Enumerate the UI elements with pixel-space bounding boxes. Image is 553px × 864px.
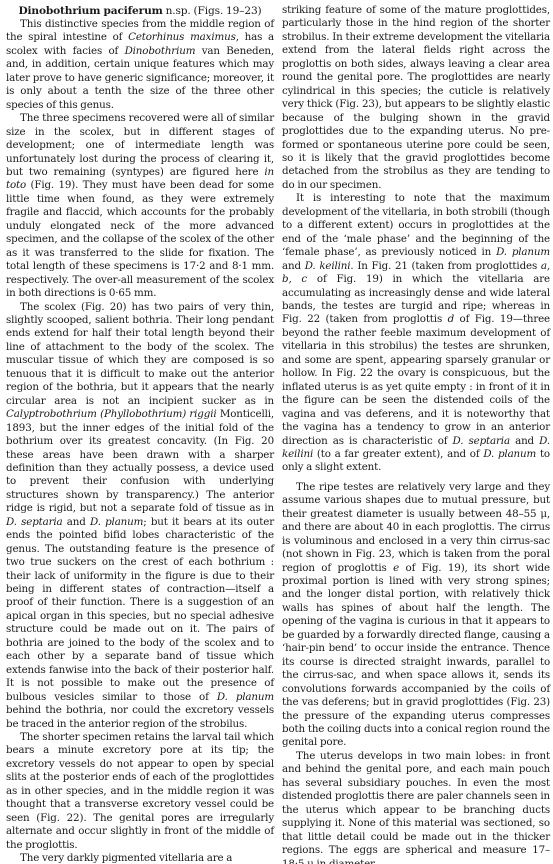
text-run: (Fig. 19). They must have been dead for … [6,179,274,299]
paragraph-vitellaria-cont: striking feature of some of the mature p… [282,4,550,192]
paragraph-scolex: The scolex (Fig. 20) has two pairs of ve… [6,301,274,732]
species-figs-ref: n.sp. (Figs. 19–23) [163,5,262,17]
taxon-name: Cetorhinus maximus [128,31,236,43]
text-run: of Fig. 19—three beyond the rather feebl… [282,313,550,446]
text-run: of Fig. 19), its short wide proximal por… [282,562,550,749]
text-run: The shorter specimen retains the larval … [6,731,274,851]
text-run: and [510,435,539,447]
text-run: behind the bothria, nor could the excret… [6,704,274,729]
species-heading: Dinobothrium paciferum n.sp. (Figs. 19–2… [6,4,274,18]
taxon-name: D. keilini [305,260,351,272]
taxon-name: D. planum [90,516,143,528]
taxon-name: D. planum [483,448,536,460]
text-run: (to a far greater extent), and of [313,448,483,460]
taxon-name: D. septaria [6,516,63,528]
left-column: Dinobothrium paciferum n.sp. (Figs. 19–2… [6,4,274,864]
taxon-name: D. planum [217,691,274,703]
text-run: ; but it bears at its outer ends the poi… [6,516,274,703]
paragraph-intro: This distinctive species from the middle… [6,18,274,112]
paragraph-uterus: The uterus develops in two main lobes: i… [282,750,550,864]
paragraph-maximum-development: It is interesting to note that the maxim… [282,192,550,475]
text-run: The ripe testes are relatively very larg… [282,481,550,574]
document-page: Dinobothrium paciferum n.sp. (Figs. 19–2… [0,0,553,864]
paragraph-vitellaria-start: The very darkly pigmented vitellaria are… [6,852,274,864]
taxon-name: D. planum [496,246,550,258]
text-run: The very darkly pigmented vitellaria are… [20,852,232,864]
text-run: and [282,260,305,272]
text-run: Monticelli, 1893, but the inner edges of… [6,408,274,514]
species-name: Dinobothrium paciferum [18,5,162,17]
paragraph-shorter-specimen: The shorter specimen retains the larval … [6,731,274,852]
right-column: striking feature of some of the mature p… [282,4,550,864]
taxon-name: Calyptrobothrium (Phyllobothrium) riggii [6,408,216,420]
text-run: striking feature of some of the mature p… [282,4,550,191]
taxon-name: Dinobothrium [125,45,196,57]
paragraph-specimens: The three specimens recovered were all o… [6,112,274,300]
text-run: . In Fig. 21 (taken from proglottides [350,260,540,272]
text-run: The three specimens recovered were all o… [6,112,274,178]
text-run: The uterus develops in two main lobes: i… [282,750,550,864]
paragraph-testes: The ripe testes are relatively very larg… [282,481,550,750]
text-run: The scolex (Fig. 20) has two pairs of ve… [6,301,274,407]
text-run: and [63,516,90,528]
taxon-name: D. septaria [453,435,510,447]
